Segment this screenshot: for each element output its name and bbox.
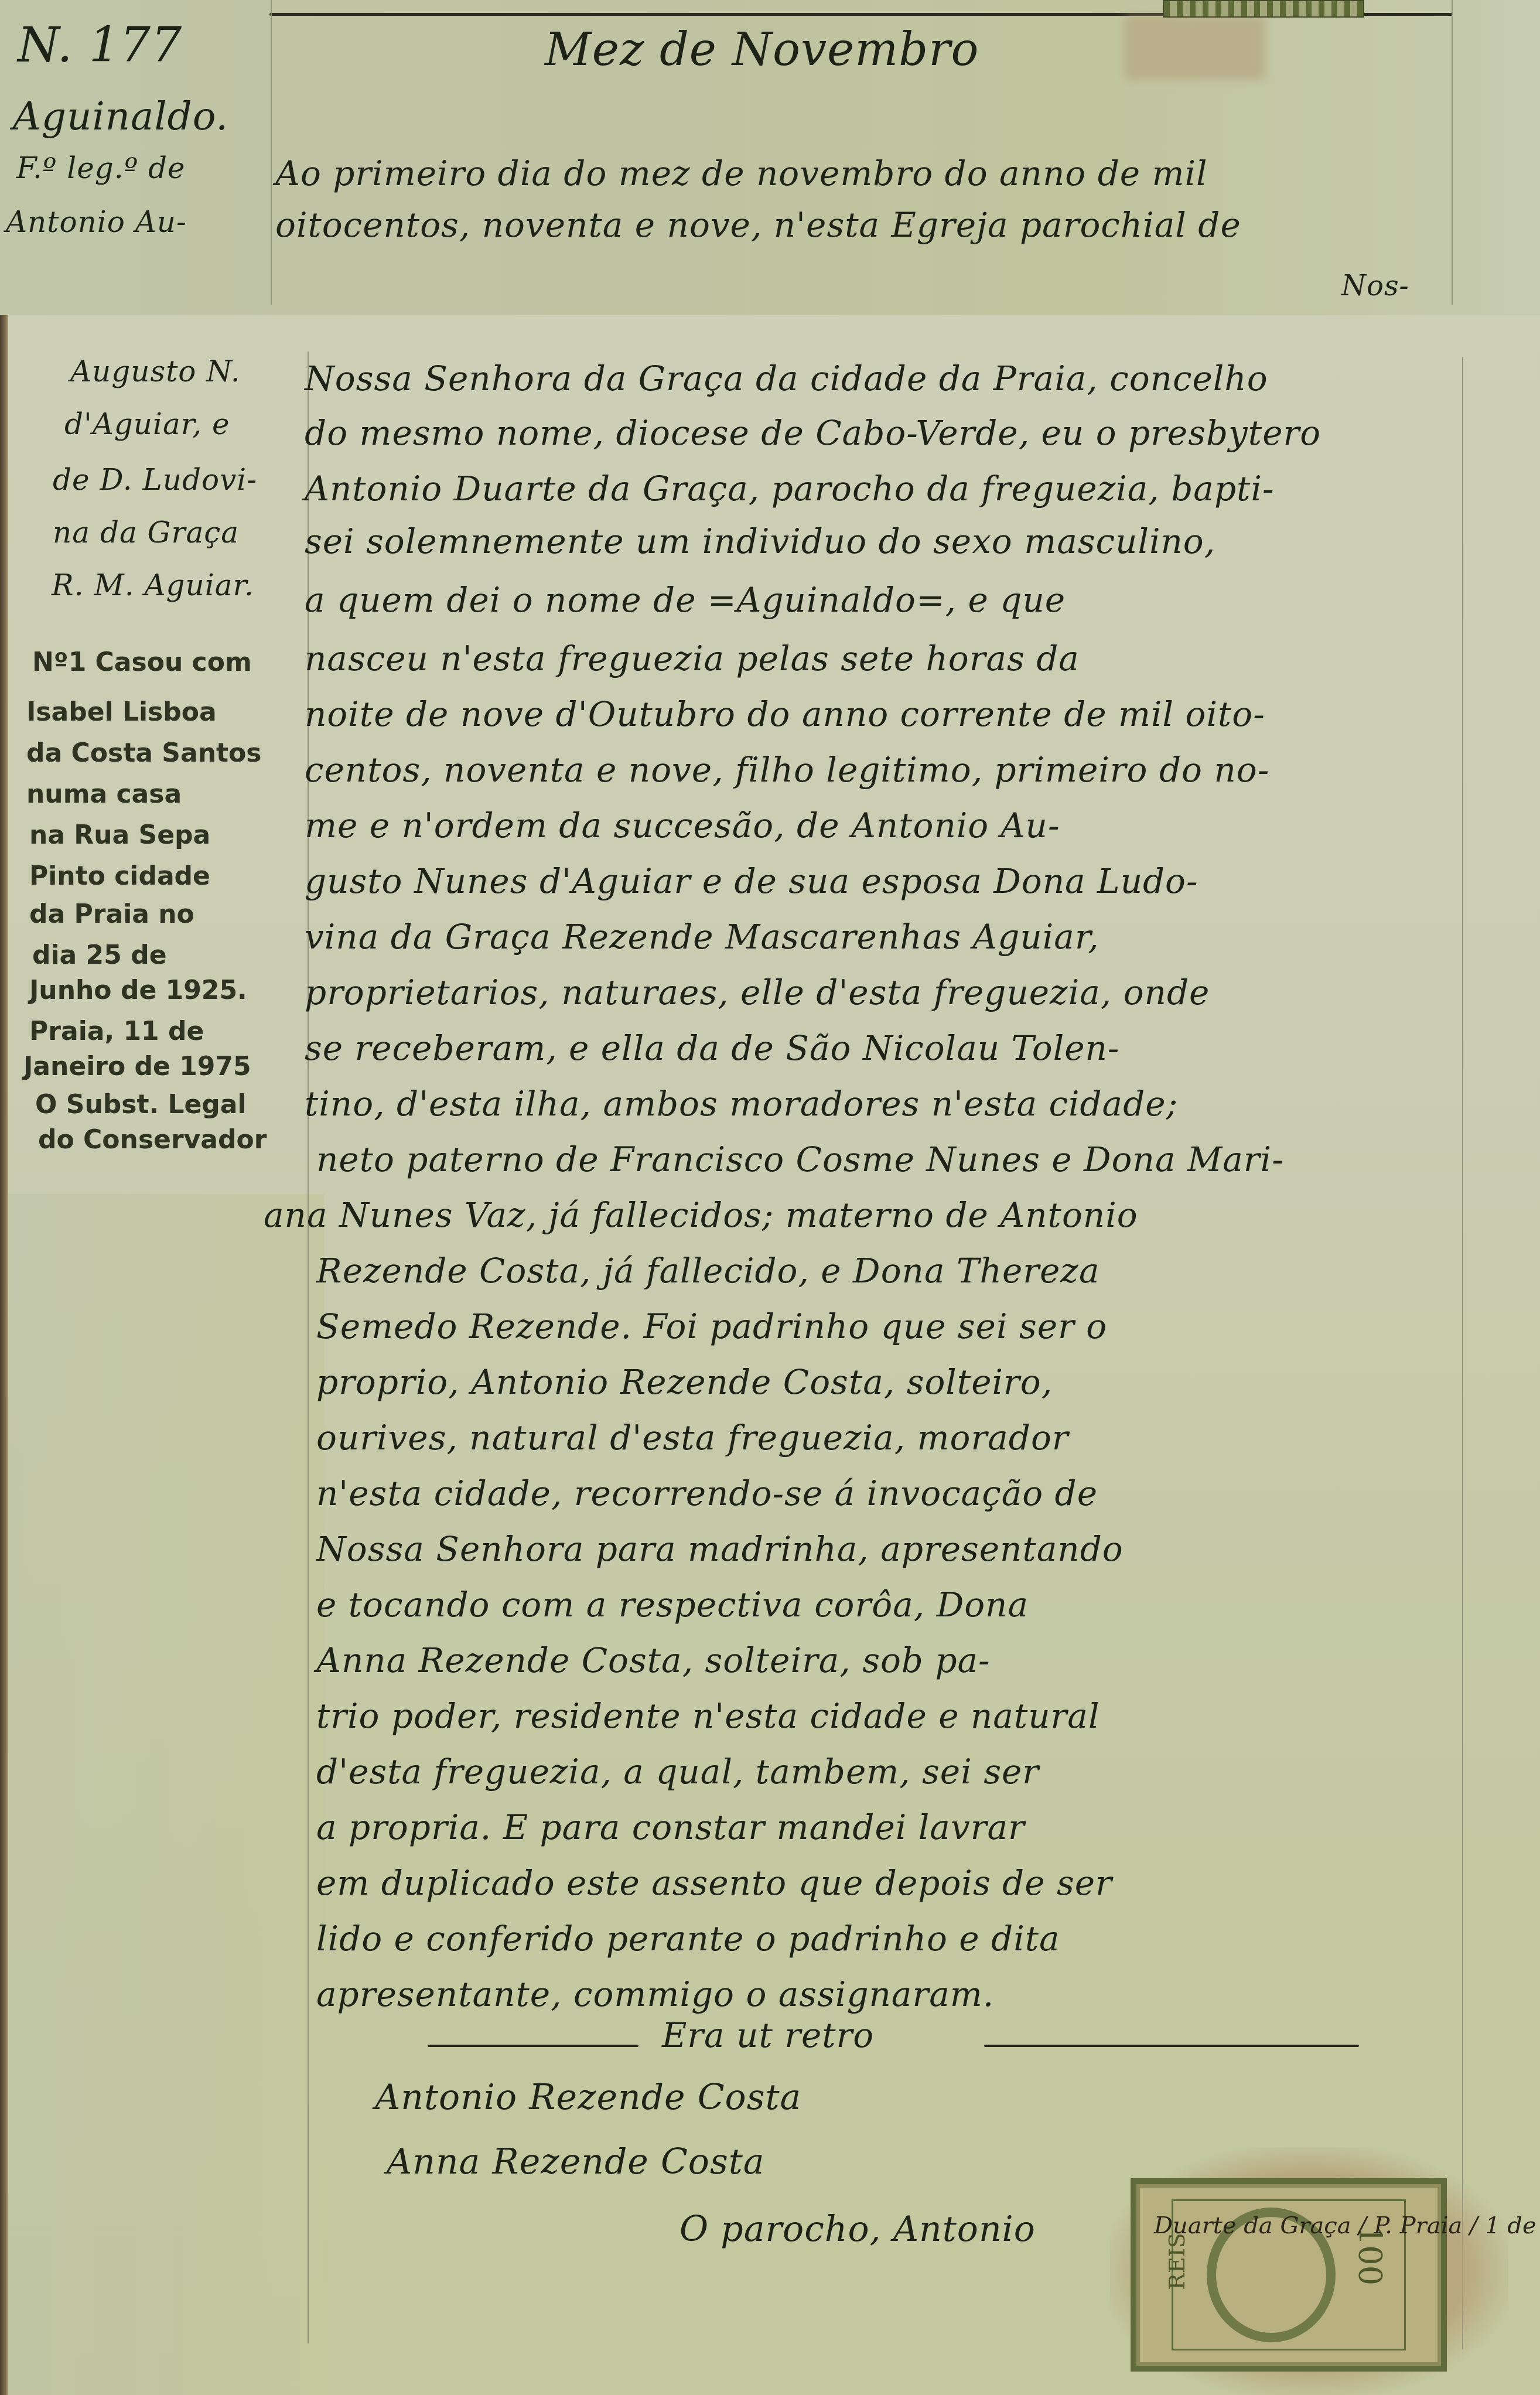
annotation-line: Janeiro de 1975 <box>23 1052 251 1081</box>
stamp-cancellation-ink: Duarte da Graça / P. Praia / 1 de Nov. d… <box>1154 2208 1540 2244</box>
body-line: nasceu n'esta freguezia pelas sete horas… <box>305 639 1080 678</box>
body-line: a propria. E para constar mandei lavrar <box>316 1807 1025 1847</box>
closing-dash <box>984 2045 1359 2047</box>
closing-dash <box>428 2045 638 2047</box>
body-line: Ao primeiro dia do mez de novembro do an… <box>275 153 1208 193</box>
body-line: proprio, Antonio Rezende Costa, solteiro… <box>316 1362 1053 1402</box>
annotation-line: Nº1 Casou com <box>32 647 252 677</box>
body-line: Semedo Rezende. Foi padrinho que sei ser… <box>316 1306 1107 1346</box>
body-line: vina da Graça Rezende Mascarenhas Aguiar… <box>305 917 1099 957</box>
margin-line: na da Graça <box>53 516 239 550</box>
annotation-line: da Costa Santos <box>26 738 261 768</box>
body-line: Antonio Duarte da Graça, parocho da freg… <box>305 469 1275 509</box>
margin-line: d'Aguiar, e <box>64 407 230 441</box>
annotation-line: Isabel Lisboa <box>26 697 217 727</box>
margin-line: F.º leg.º de <box>16 151 186 185</box>
fiscal-stamp: REIS 100 Duarte da Graça / P. Praia / 1 … <box>1131 2178 1447 2372</box>
body-line: ana Nunes Vaz, já fallecidos; materno de… <box>264 1195 1138 1235</box>
annotation-line: na Rua Sepa <box>29 820 210 850</box>
right-rule-top <box>1452 0 1453 305</box>
body-line: do mesmo nome, diocese de Cabo-Verde, eu… <box>305 413 1321 453</box>
child-name-margin: Aguinaldo. <box>13 94 228 139</box>
body-line: se receberam, e ella da de São Nicolau T… <box>305 1028 1119 1068</box>
signature-priest: O parocho, Antonio <box>679 2209 1036 2250</box>
body-line: Nossa Senhora para madrinha, apresentand… <box>316 1529 1124 1569</box>
body-line: ourives, natural d'esta freguezia, morad… <box>316 1418 1069 1458</box>
body-line: lido e conferido perante o padrinho e di… <box>316 1919 1060 1959</box>
body-line: e tocando com a respectiva corôa, Dona <box>316 1585 1029 1625</box>
right-rule <box>1462 357 1463 2349</box>
body-line: noite de nove d'Outubro do anno corrente… <box>305 694 1265 734</box>
body-line: neto paterno de Francisco Cosme Nunes e … <box>316 1139 1284 1179</box>
margin-line: Augusto N. <box>70 354 241 388</box>
body-line: trio poder, residente n'esta cidade e na… <box>316 1696 1099 1736</box>
book-binding-edge <box>0 315 8 2395</box>
body-line: em duplicado este assento que depois de … <box>316 1863 1112 1903</box>
body-line: n'esta cidade, recorrendo-se á invocação… <box>316 1473 1098 1513</box>
body-line: tino, d'esta ilha, ambos moradores n'est… <box>305 1084 1178 1124</box>
annotation-line: Pinto cidade <box>29 861 210 891</box>
month-heading: Mez de Novembro <box>545 23 979 76</box>
annotation-line: O Subst. Legal <box>35 1090 247 1120</box>
body-line: Rezende Costa, já fallecido, e Dona Ther… <box>316 1251 1099 1291</box>
body-line: apresentante, commigo o assignaram. <box>316 1974 994 2014</box>
previous-stamp-edge <box>1163 0 1364 18</box>
stamp-stain-top <box>1125 15 1265 80</box>
annotation-line: Praia, 11 de <box>29 1016 204 1046</box>
margin-rule-top <box>271 0 272 305</box>
body-line: Anna Rezende Costa, solteira, sob pa- <box>316 1640 991 1680</box>
annotation-line: Junho de 1925. <box>29 975 247 1005</box>
margin-line: Antonio Au- <box>6 205 187 239</box>
body-line: gusto Nunes d'Aguiar e de sua esposa Don… <box>305 861 1198 901</box>
signature-godfather: Antonio Rezende Costa <box>375 2077 801 2118</box>
body-line: me e n'ordem da succesão, de Antonio Au- <box>305 806 1060 845</box>
body-line: oitocentos, noventa e nove, n'esta Egrej… <box>275 205 1241 245</box>
body-line: d'esta freguezia, a qual, tambem, sei se… <box>316 1752 1039 1792</box>
signature-godmother-proxy: Anna Rezende Costa <box>387 2141 765 2182</box>
body-line: sei solemnemente um individuo do sexo ma… <box>305 521 1215 561</box>
annotation-line: da Praia no <box>29 899 194 929</box>
record-number: N. 177 <box>18 18 182 73</box>
margin-line: R. M. Aguiar. <box>52 568 254 602</box>
body-line: Nossa Senhora da Graça da cidade da Prai… <box>305 359 1268 398</box>
body-line: a quem dei o nome de =Aguinaldo=, e que <box>305 580 1066 620</box>
margin-line: de D. Ludovi- <box>53 463 257 497</box>
annotation-line: do Conservador <box>38 1125 267 1155</box>
annotation-line: dia 25 de <box>32 940 166 970</box>
body-line: centos, noventa e nove, filho legitimo, … <box>305 750 1269 790</box>
annotation-line: numa casa <box>26 779 182 809</box>
era-ut-retro: Era ut retro <box>662 2015 874 2055</box>
body-line: proprietarios, naturaes, elle d'esta fre… <box>305 973 1210 1012</box>
body-line: Nos- <box>1341 269 1409 302</box>
